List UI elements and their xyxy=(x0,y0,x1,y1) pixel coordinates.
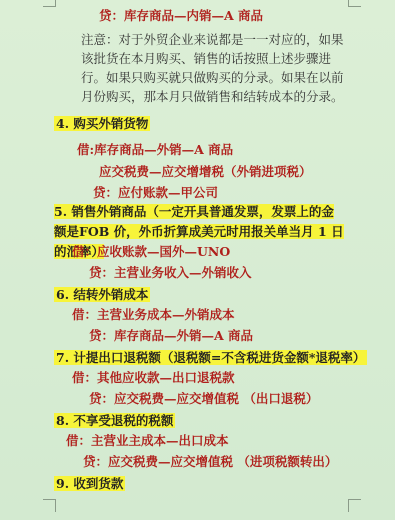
entry-debit-inventory-export: 借:库存商品—外销—A 商品 xyxy=(77,142,233,158)
entry-debit-accounts-receivable: 借：应收账款—国外—UNO xyxy=(72,244,230,260)
entry-debit-other-receivable: 借：其他应收款—出口退税款 xyxy=(72,370,235,386)
entry-credit-inventory-domestic: 贷：库存商品—内销—A 商品 xyxy=(99,8,263,24)
section-heading-6: 6. 结转外销成本 xyxy=(54,286,150,303)
section-heading-4: 4. 购买外销货物 xyxy=(54,115,150,132)
entry-credit-vat-input-transfer: 贷：应交税费—应交增值税 （进项税额转出） xyxy=(83,454,337,470)
page-corner-mark-top-left xyxy=(43,0,56,7)
entry-debit-main-cost-export: 借：主营业主成本—出口成本 xyxy=(66,433,229,449)
document-page: 贷：库存商品—内销—A 商品 注意：对于外贸企业来说都是一一对应的，如果该批货在… xyxy=(0,0,395,520)
page-corner-mark-bottom-right xyxy=(348,499,361,512)
section-heading-8: 8. 不享受退税的税额 xyxy=(54,412,175,429)
entry-credit-vat-export-refund: 贷：应交税费—应交增值税 （出口退税） xyxy=(89,391,318,407)
entry-credit-inventory-export: 贷：库存商品—外销—A 商品 xyxy=(89,328,253,344)
entry-credit-accounts-payable: 贷：应付账款—甲公司 xyxy=(93,185,218,201)
entry-credit-revenue: 贷：主营业务收入—外销收入 xyxy=(89,265,252,281)
entry-debit-cost-export: 借：主营业务成本—外销成本 xyxy=(72,307,235,323)
entry-debit-tax-payable: 应交税费—应交增增税（外销进项税） xyxy=(99,164,312,180)
page-corner-mark-top-right xyxy=(348,0,361,7)
section-heading-7: 7. 计提出口退税额（退税额=不含税进货金额*退税率） xyxy=(54,349,367,366)
section-heading-9: 9. 收到货款 xyxy=(54,475,125,492)
note-paragraph: 注意：对于外贸企业来说都是一一对应的，如果该批货在本月购买、销售的话按照上述步骤… xyxy=(81,30,346,106)
page-corner-mark-bottom-left xyxy=(43,499,56,512)
